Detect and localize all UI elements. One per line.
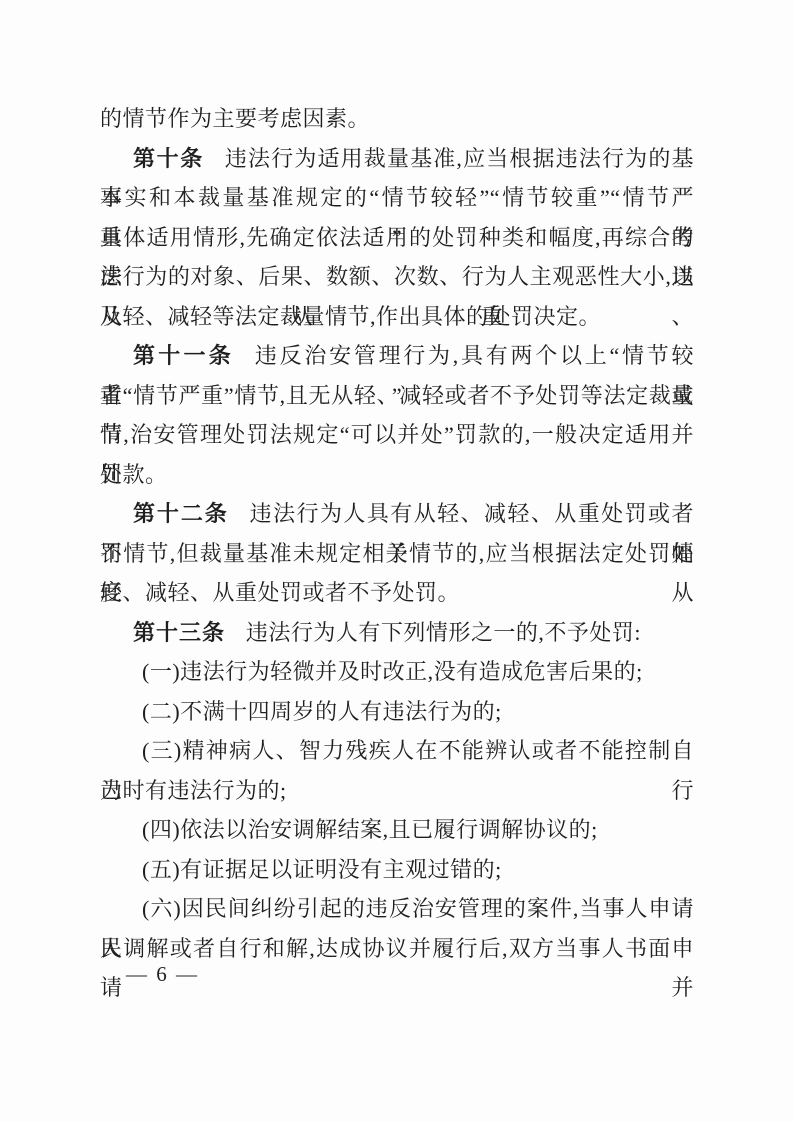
- text-line: (六)因民间纠纷引起的违反治安管理的案件,当事人申请人: [100, 889, 694, 929]
- text-line: 节,治安管理处罚法规定“可以并处”罚款的,一般决定适用并处: [100, 415, 694, 455]
- text-line: 事实和本裁量基准规定的“情节较轻”“情节较重”“情节严重”的: [100, 178, 694, 218]
- line-text: (二)不满十四周岁的人有违法行为的;: [142, 699, 502, 724]
- text-line: (四)依法以治安调解结案,且已履行调解协议的;: [100, 810, 694, 850]
- line-text: 罚款。: [100, 462, 168, 487]
- text-line: 第十三条违法行为人有下列情形之一的,不予处罚:: [100, 613, 694, 653]
- text-line: (一)违法行为轻微并及时改正,没有造成危害后果的;: [100, 652, 694, 692]
- text-line: 具体适用情形,先确定依法适用的处罚种类和幅度,再综合考虑违: [100, 218, 694, 258]
- line-text: (一)违法行为轻微并及时改正,没有造成危害后果的;: [142, 659, 643, 684]
- line-text: (五)有证据足以证明没有主观过错的;: [142, 857, 502, 882]
- line-text: 的情节作为主要考虑因素。: [100, 106, 370, 131]
- line-text: 从轻、减轻等法定裁量情节,作出具体的处罚决定。: [100, 304, 601, 329]
- text-line: (二)不满十四周岁的人有违法行为的;: [100, 692, 694, 732]
- document-page: 的情节作为主要考虑因素。 第十条违法行为适用裁量基准,应当根据违法行为的基本 事…: [0, 0, 793, 1122]
- line-text: 为时有违法行为的;: [100, 778, 287, 803]
- text-line: 罚情节,但裁量基准未规定相关情节的,应当根据法定处罚幅度从: [100, 534, 694, 574]
- page-number: — 6 —: [126, 961, 199, 987]
- article-number: 第十二条: [133, 501, 229, 526]
- text-line: 法行为的对象、后果、数额、次数、行为人主观恶性大小,以及从重、: [100, 257, 694, 297]
- text-line: (五)有证据足以证明没有主观过错的;: [100, 850, 694, 890]
- line-text: 轻、减轻、从重处罚或者不予处罚。: [100, 580, 460, 605]
- text-line: 的情节作为主要考虑因素。: [100, 99, 694, 139]
- text-line: 第十二条违法行为人具有从轻、减轻、从重处罚或者不予处: [100, 494, 694, 534]
- article-number: 第十三条: [133, 620, 225, 645]
- article-number: 第十条: [133, 146, 204, 171]
- document-text: 的情节作为主要考虑因素。 第十条违法行为适用裁量基准,应当根据违法行为的基本 事…: [100, 99, 694, 968]
- line-text: (四)依法以治安调解结案,且已履行调解协议的;: [142, 817, 598, 842]
- text-line: 者“情节严重”情节,且无从轻、减轻或者不予处罚等法定裁量情: [100, 376, 694, 416]
- text-line: 第十一条违反治安管理行为,具有两个以上“情节较重”或: [100, 336, 694, 376]
- line-text: 违法行为人有下列情形之一的,不予处罚:: [246, 620, 641, 645]
- text-line: (三)精神病人、智力残疾人在不能辨认或者不能控制自己行: [100, 731, 694, 771]
- text-line: 第十条违法行为适用裁量基准,应当根据违法行为的基本: [100, 139, 694, 179]
- article-number: 第十一条: [133, 343, 234, 368]
- text-line: 罚款。: [100, 455, 694, 495]
